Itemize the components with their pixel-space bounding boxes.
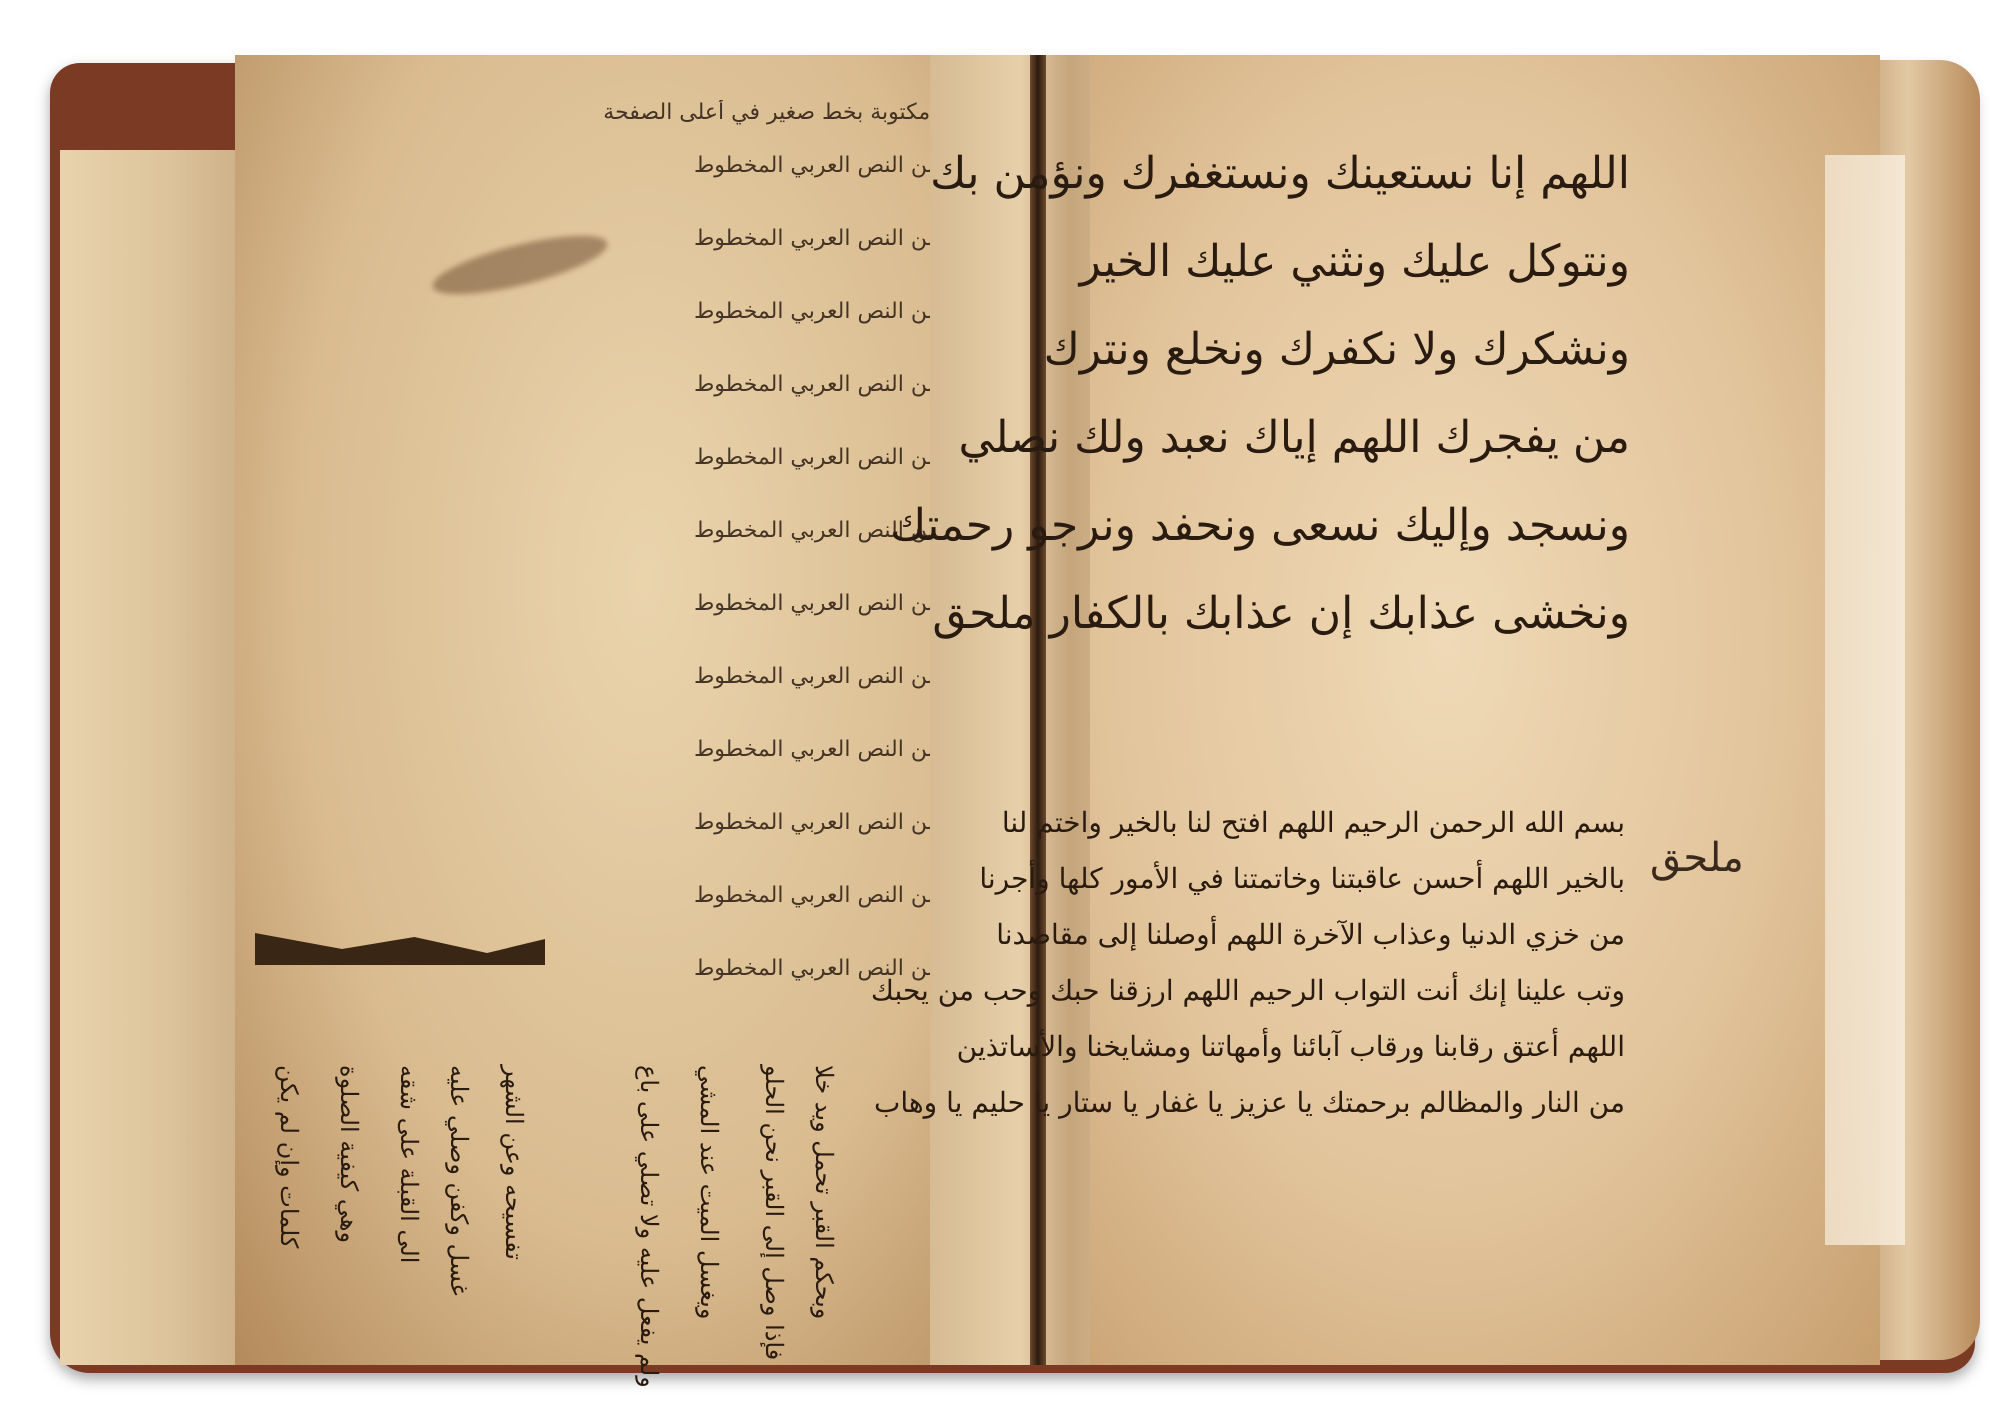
book-gutter [1030, 55, 1046, 1365]
text-line: ونخشى عذابك إن عذابك بالكفار ملحق [1090, 570, 1630, 658]
text-line: من النار والمظالم برحمتك يا عزيز يا غفار… [1095, 1075, 1625, 1131]
text-line: ونتوكل عليك ونثني عليك الخير [1090, 218, 1630, 306]
tissue-repair-strip [1825, 155, 1905, 1245]
text-line: كلمات مكتوبة بخط صغير في أعلى الصفحة [295, 100, 995, 125]
text-line: اللهم أعتق رقابنا ورقاب آبائنا وأمهاتنا … [1095, 1019, 1625, 1075]
text-line: سطر من النص العربي المخطوط [295, 810, 995, 835]
margin-annotation: ملحق [1650, 835, 1744, 881]
text-line: اللهم إنا نستعينك ونستغفرك ونؤمن بك [1090, 130, 1630, 218]
cloth-binding-strip [60, 150, 245, 1365]
vertical-text-column: ويغسل الميت عند المشي [695, 1065, 723, 1319]
text-line: سطر من النص العربي المخطوط [295, 153, 995, 178]
right-page-small-text: بسم الله الرحمن الرحيم اللهم افتح لنا با… [1095, 795, 1625, 1131]
vertical-text-column: فإذا وصل إلى القبر نحن الحلو [760, 1065, 788, 1360]
right-page-large-text: اللهم إنا نستعينك ونستغفرك ونؤمن بك ونتو… [1090, 130, 1630, 658]
text-line: سطر من النص العربي المخطوط [295, 445, 995, 470]
manuscript-book: كلمات مكتوبة بخط صغير في أعلى الصفحة سطر… [50, 55, 1980, 1375]
text-line: سطر من النص العربي المخطوط [295, 372, 995, 397]
text-line: سطر من النص العربي المخطوط [295, 299, 995, 324]
text-line: سطر من النص العربي المخطوط [295, 737, 995, 762]
text-line: سطر من النص العربي المخطوط [295, 883, 995, 908]
text-line: سطر من النص العربي المخطوط [295, 591, 995, 616]
text-line: وتب علينا إنك أنت التواب الرحيم اللهم ار… [1095, 963, 1625, 1019]
text-line: سطر من النص العربي المخطوط [295, 226, 995, 251]
vertical-text-column: كلمات وإن لم يكن [275, 1065, 303, 1248]
text-line: من خزي الدنيا وعذاب الآخرة اللهم أوصلنا … [1095, 907, 1625, 963]
vertical-text-column: تفسيحه وعن الشهر [500, 1065, 528, 1260]
vertical-text-column: الى القبلة على شقه [395, 1065, 423, 1263]
vertical-text-column: ولم يفعل عليه ولا تصلي على باع [635, 1065, 663, 1388]
text-line: بسم الله الرحمن الرحيم اللهم افتح لنا با… [1095, 795, 1625, 851]
vertical-text-column: وهي كيفية الصلوة [335, 1065, 363, 1243]
text-line: بالخير اللهم أحسن عاقبتنا وخاتمتنا في ال… [1095, 851, 1625, 907]
vertical-text-column: وبحكم القبر تحمل ويد خلا [810, 1065, 838, 1319]
text-line: من يفجرك اللهم إياك نعبد ولك نصلي [1090, 394, 1630, 482]
text-line: سطر من النص العربي المخطوط [295, 664, 995, 689]
text-line: ونشكرك ولا نكفرك ونخلع ونترك [1090, 306, 1630, 394]
text-line: ونسجد وإليك نسعى ونحفد ونرجو رحمتك [1090, 482, 1630, 570]
vertical-text-column: غسل وكفن وصلي عليه [445, 1065, 473, 1296]
